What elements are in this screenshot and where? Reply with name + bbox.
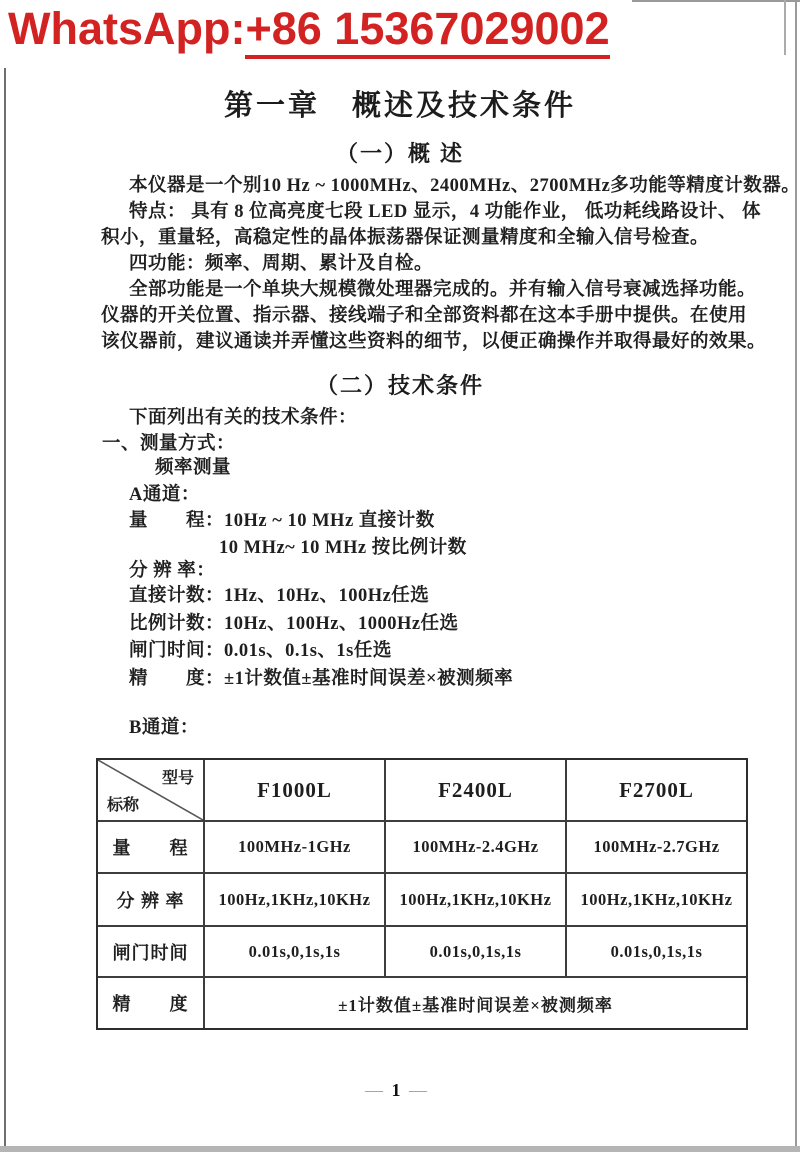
page-number-value: 1 (392, 1080, 403, 1100)
overview-line: 本仪器是一个别10 Hz ~ 1000MHz、2400MHz、2700MHz多功… (129, 173, 800, 199)
table-row-label-precision: 精 度 (98, 978, 205, 1028)
tech-line: B通道： (129, 715, 199, 741)
table-cell-resolution: 100Hz,1KHz,10KHz (205, 874, 386, 927)
table-cell-range: 100MHz-1GHz (205, 822, 386, 874)
overview-line: 特点： 具有 8 位高亮度七段 LED 显示，4 功能作业， 低功耗线路设计、 … (129, 199, 761, 225)
table-row-label-gate-time: 闸门时间 (98, 927, 205, 978)
scan-bottom-band (0, 1146, 800, 1152)
page-number-dash: — (409, 1080, 429, 1100)
table-model-header: F2700L (567, 760, 746, 822)
tech-line: 10 MHz~ 10 MHz 按比例计数 (219, 535, 467, 561)
table-model-header: F2400L (386, 760, 567, 822)
page-number: — 1 — (0, 1080, 794, 1101)
overview-line: 四功能：频率、周期、累计及自检。 (129, 251, 433, 277)
model-spec-table: 型号 标称 F1000L F2400L F2700L 量 程 100MHz-1G… (96, 758, 748, 1030)
table-cell-resolution: 100Hz,1KHz,10KHz (567, 874, 746, 927)
tech-line: A通道： (129, 482, 200, 508)
overview-line: 积小，重量轻，高稳定性的晶体振荡器保证测量精度和全输入信号检查。 (101, 225, 709, 251)
tech-line: 频率测量 (155, 455, 231, 481)
scan-left-border (4, 68, 6, 1147)
table-cell-range: 100MHz-2.7GHz (567, 822, 746, 874)
tech-line: 下面列出有关的技术条件： (129, 405, 357, 431)
table-cell-resolution: 100Hz,1KHz,10KHz (386, 874, 567, 927)
tech-line: 量 程：10Hz ~ 10 MHz 直接计数 (129, 508, 435, 534)
table-cell-gate-time: 0.01s,0,1s,1s (386, 927, 567, 978)
corner-label-name: 标称 (107, 792, 139, 815)
scan-top-border (632, 0, 800, 2)
scanned-manual-page: WhatsApp:+86 15367029002 第一章 概述及技术条件 （一）… (0, 0, 800, 1152)
tech-line: 分 辨 率： (129, 558, 215, 584)
overview-line: 仪器的开关位置、指示器、接线端子和全部资料都在这本手册中提供。在使用 (101, 303, 747, 329)
whatsapp-label: WhatsApp: (8, 3, 245, 54)
table-row-label-resolution: 分 辨 率 (98, 874, 205, 927)
tech-line: 精 度：±1计数值±基准时间误差×被测频率 (129, 666, 513, 692)
scan-top-vertical-line (784, 0, 786, 55)
table-cell-precision: ±1计数值±基准时间误差×被测频率 (205, 978, 746, 1028)
whatsapp-watermark: WhatsApp:+86 15367029002 (8, 4, 610, 54)
table-cell-range: 100MHz-2.4GHz (386, 822, 567, 874)
table-cell-gate-time: 0.01s,0,1s,1s (205, 927, 386, 978)
overview-line: 全部功能是一个单块大规模微处理器完成的。并有输入信号衰减选择功能。 (129, 277, 756, 303)
table-row-label-range: 量 程 (98, 822, 205, 874)
table-model-header: F1000L (205, 760, 386, 822)
whatsapp-phone-number: +86 15367029002 (245, 3, 609, 59)
tech-line: 直接计数：1Hz、10Hz、100Hz任选 (129, 583, 429, 609)
table-corner-cell: 型号 标称 (98, 760, 205, 822)
section-tech-heading: （二）技术条件 (0, 369, 800, 400)
table-cell-gate-time: 0.01s,0,1s,1s (567, 927, 746, 978)
tech-line: 一、测量方式： (102, 431, 235, 457)
tech-line: 闸门时间：0.01s、0.1s、1s任选 (129, 638, 392, 664)
overview-line: 该仪器前，建议通读并弄懂这些资料的细节，以便正确操作并取得最好的效果。 (101, 329, 766, 355)
corner-label-model: 型号 (162, 765, 194, 788)
section-overview-heading: （一）概 述 (0, 137, 800, 168)
chapter-title: 第一章 概述及技术条件 (0, 83, 800, 124)
page-number-dash: — (365, 1080, 385, 1100)
tech-line: 比例计数：10Hz、100Hz、1000Hz任选 (129, 611, 459, 637)
